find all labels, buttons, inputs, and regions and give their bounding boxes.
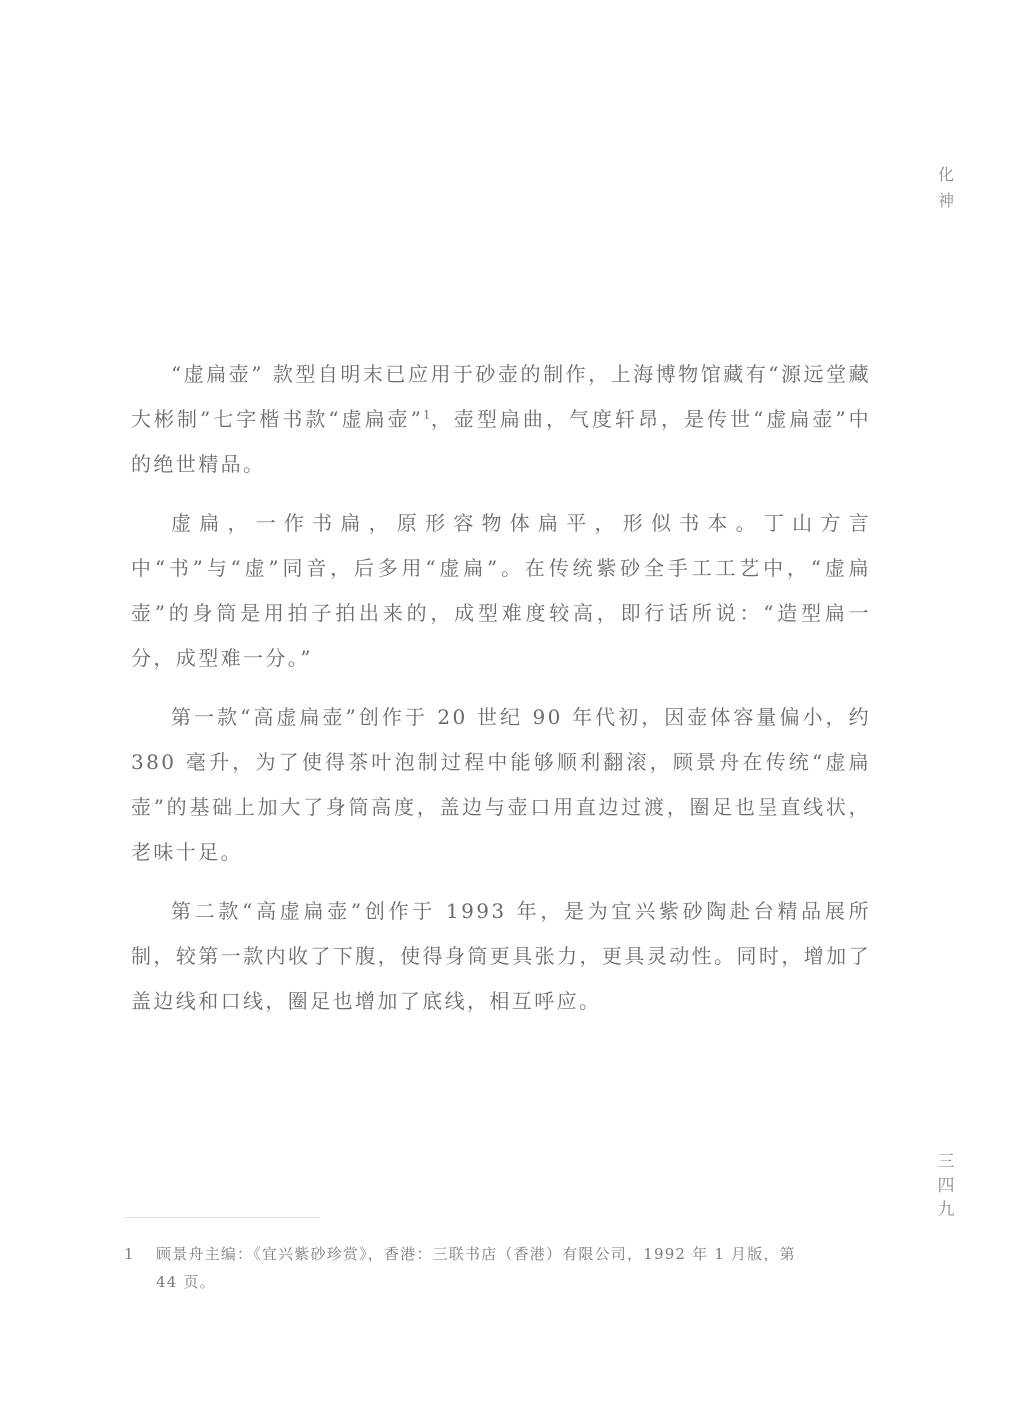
body-text: “虚扁壶” 款型自明末已应用于砂壶的制作，上海博物馆藏有“源远堂藏大彬制”七字楷… bbox=[131, 352, 871, 1038]
paragraph: “虚扁壶” 款型自明末已应用于砂壶的制作，上海博物馆藏有“源远堂藏大彬制”七字楷… bbox=[131, 352, 871, 487]
running-head: 化 神 bbox=[934, 162, 958, 214]
footnote-divider bbox=[124, 1217, 320, 1218]
page-number-char: 九 bbox=[934, 1198, 958, 1222]
footnote: 1顾景舟主编：《宜兴紫砂珍赏》，香港：三联书店（香港）有限公司，1992 年 1… bbox=[124, 1240, 874, 1296]
paragraph: 第二款“高虚扁壶”创作于 1993 年，是为宜兴紫砂陶赴台精品展所制，较第一款内… bbox=[131, 889, 871, 1024]
footnote-number: 1 bbox=[124, 1240, 156, 1268]
page-number-char: 四 bbox=[934, 1174, 958, 1198]
running-head-char: 化 bbox=[934, 162, 958, 188]
footnote-text-continued: 44 页。 bbox=[124, 1268, 874, 1296]
paragraph: 第一款“高虚扁壶”创作于 20 世纪 90 年代初，因壶体容量偏小，约 380 … bbox=[131, 695, 871, 875]
paragraph: 虚扁，一作书扁，原形容物体扁平，形似书本。丁山方言中“书”与“虚”同音，后多用“… bbox=[131, 501, 871, 681]
page-number-char: 三 bbox=[934, 1150, 958, 1174]
running-head-char: 神 bbox=[934, 188, 958, 214]
page-number: 三 四 九 bbox=[934, 1150, 958, 1222]
footnote-text: 顾景舟主编：《宜兴紫砂珍赏》，香港：三联书店（香港）有限公司，1992 年 1 … bbox=[156, 1245, 796, 1263]
